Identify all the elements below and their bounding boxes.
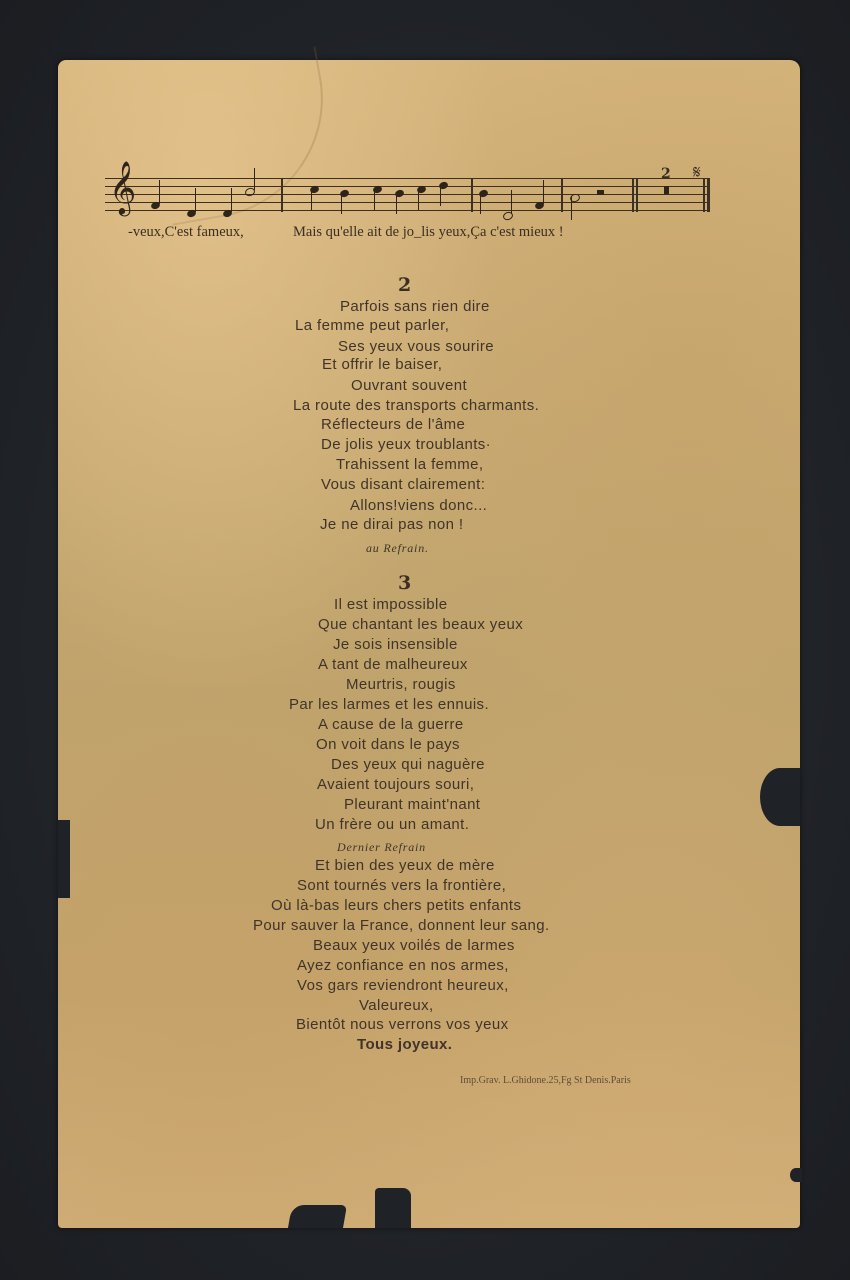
refrain-line: Bientôt nous verrons vos yeux [296,1016,509,1034]
verse-line: Des yeux qui naguère [331,756,485,774]
paper-tear-bottom [288,1205,347,1228]
barline [632,178,634,212]
segno-icon: 𝄋 [693,162,701,183]
half-note-icon [502,211,514,222]
verse-number-3: 3 [398,572,411,594]
treble-clef-icon: 𝄞 [109,164,136,210]
verse-line: Ouvrant souvent [351,377,467,395]
verse-line: Par les larmes et les ennuis. [289,696,489,714]
verse-line: Parfois sans rien dire [340,298,490,316]
verse-line: A tant de malheureux [318,656,468,674]
music-staff: 𝄞 2 𝄋 [105,168,715,228]
verse-line: Trahissent la femme, [336,456,484,474]
refrain-note: au Refrain. [366,541,429,556]
verse-number-2: 2 [398,274,411,296]
lyric-part-2: Mais qu'elle ait de jo_lis yeux,Ça c'est… [293,224,564,241]
refrain-line: Pour sauver la France, donnent leur sang… [253,917,550,935]
verse-line: A cause de la guerre [318,716,464,734]
verse-line: Vous disant clairement: [321,476,485,494]
verse-line: Et offrir le baiser, [322,356,442,374]
printer-imprint: Imp.Grav. L.Ghidone.25,Fg St Denis.Paris [460,1075,631,1086]
verse-line: La route des transports charmants. [293,397,539,415]
paper-tear-bottom-notch [375,1188,411,1228]
verse-line: Il est impossible [334,596,448,614]
verse-line: On voit dans le pays [316,736,460,754]
verse-line: Meurtris, rougis [346,676,456,694]
barline [636,178,638,212]
refrain-note: Dernier Refrain [337,840,426,855]
verse-line: Pleurant maint'nant [344,796,480,814]
verse-line: La femme peut parler, [295,317,449,335]
barline [471,178,473,212]
verse-line: Un frère ou un amant. [315,816,469,834]
refrain-line: Valeureux, [359,997,434,1015]
half-rest-icon [597,190,604,195]
verse-line: Allons!viens donc... [350,497,487,515]
verse-line: Avaient toujours souri, [317,776,474,794]
verse-line: De jolis yeux troublants· [321,436,491,454]
measure-rest-count: 2 [661,166,671,182]
verse-line: Réflecteurs de l'âme [321,416,465,434]
barline [561,178,563,212]
paper-tear-bottom-right [790,1168,802,1182]
verse-line: Je ne dirai pas non ! [320,516,464,534]
lyric-part-1: -veux,C'est fameux, [128,224,244,241]
barline-final [707,178,710,212]
refrain-line: Et bien des yeux de mère [315,857,495,875]
verse-line: Ses yeux vous sourire [338,338,494,356]
refrain-line: Tous joyeux. [357,1036,452,1054]
verse-line: Que chantant les beaux yeux [318,616,523,634]
refrain-line: Ayez confiance en nos armes, [297,957,509,975]
paper-tear-left [58,820,70,898]
barline [703,178,705,212]
barline [281,178,283,212]
refrain-line: Où là-bas leurs chers petits enfants [271,897,521,915]
refrain-line: Vos gars reviendront heureux, [297,977,509,995]
refrain-line: Beaux yeux voilés de larmes [313,937,515,955]
paper-tear-right [760,768,800,826]
verse-line: Je sois insensible [333,636,458,654]
refrain-line: Sont tournés vers la frontière, [297,877,506,895]
whole-rest-icon [664,186,669,194]
